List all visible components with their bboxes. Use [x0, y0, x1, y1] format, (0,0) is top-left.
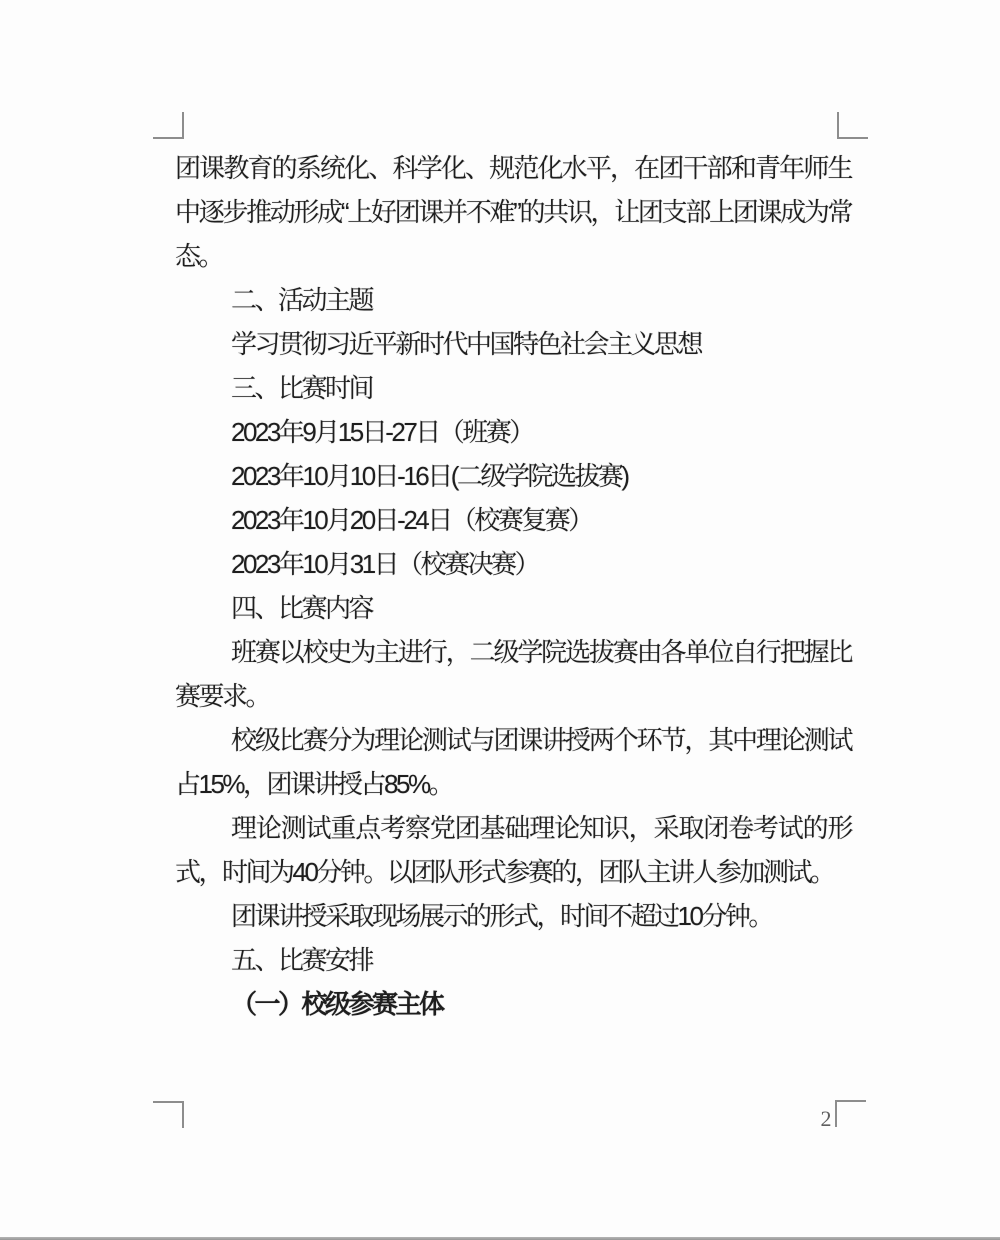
date-line-school-final: 2023年10月31日（校赛决赛）: [175, 542, 851, 586]
date-line-class-round: 2023年9月15日-27日（班赛）: [175, 410, 851, 454]
heading-competition-arrangement: 五、比赛安排: [175, 938, 851, 982]
paragraph-theme: 学习贯彻习近平新时代中国特色社会主义思想: [175, 322, 851, 366]
date-line-school-semifinal: 2023年10月20日-24日（校赛复赛）: [175, 498, 851, 542]
crop-mark-top-left: [153, 112, 184, 139]
crop-mark-bottom-left: [153, 1101, 184, 1128]
paragraph-theory-test: 理论测试重点考察党团基础理论知识，采取闭卷考试的形式，时间为40分钟。以团队形式…: [175, 806, 851, 894]
paragraph-school-score-ratio: 校级比赛分为理论测试与团课讲授两个环节，其中理论测试占15%，团课讲授占85%。: [175, 718, 851, 806]
paragraph-class-round-rule: 班赛以校史为主进行，二级学院选拔赛由各单位自行把握比赛要求。: [175, 630, 851, 718]
paragraph-lecture-format: 团课讲授采取现场展示的形式，时间不超过10分钟。: [175, 894, 851, 938]
crop-mark-top-right: [837, 112, 868, 139]
heading-competition-content: 四、比赛内容: [175, 586, 851, 630]
page-number: 2: [816, 1106, 836, 1132]
crop-mark-bottom-right: [835, 1100, 866, 1127]
document-body: 团课教育的系统化、科学化、规范化水平，在团干部和青年师生中逐步推动形成“上好团课…: [175, 146, 851, 1026]
heading-competition-time: 三、比赛时间: [175, 366, 851, 410]
paragraph-continued: 团课教育的系统化、科学化、规范化水平，在团干部和青年师生中逐步推动形成“上好团课…: [175, 146, 851, 278]
subheading-school-participants: （一）校级参赛主体: [175, 982, 851, 1026]
heading-activity-theme: 二、活动主题: [175, 278, 851, 322]
document-page: 团课教育的系统化、科学化、规范化水平，在团干部和青年师生中逐步推动形成“上好团课…: [0, 0, 1000, 1240]
date-line-college-round: 2023年10月10日-16日(二级学院选拔赛): [175, 454, 851, 498]
